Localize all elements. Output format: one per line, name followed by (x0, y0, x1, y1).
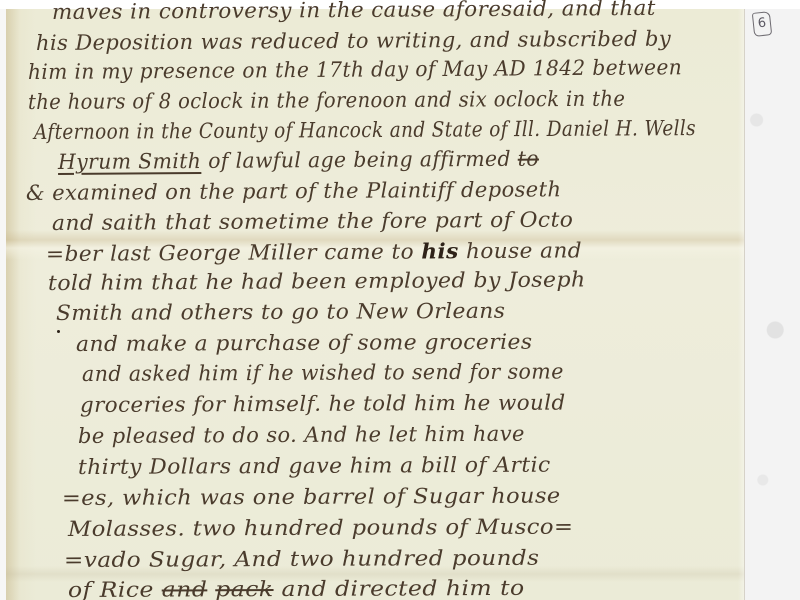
text-line: =vado Sugar, And two hundred pounds (64, 548, 540, 571)
text-line: =ber last George Miller came to his hous… (46, 239, 582, 265)
text-line: and asked him if he wished to send for s… (82, 361, 564, 385)
scan-background (738, 0, 800, 600)
text-line: and make a purchase of some groceries (76, 332, 533, 355)
text-line: =es, which was one barrel of Sugar house (62, 486, 561, 509)
text-line: of Rice and pack and directed him to (68, 578, 525, 600)
text-line: & examined on the part of the Plaintiff … (26, 179, 561, 204)
page-number-box: 6 (752, 11, 772, 37)
text-line: and saith that sometime the fore part of… (52, 210, 573, 234)
text-line: Afternoon in the County of Hancock and S… (34, 118, 696, 143)
struck-word: pack (215, 577, 273, 600)
struck-word: and (162, 577, 208, 600)
text-line: maves in controversy in the cause afores… (52, 0, 656, 23)
document-viewer: 6 maves in controversy in the cause afor… (0, 0, 800, 600)
ink-speck (57, 330, 60, 333)
text-line: the hours of 8 oclock in the forenoon an… (28, 89, 625, 113)
text-line: him in my presence on the 17th day of Ma… (28, 57, 682, 83)
struck-word: to (518, 147, 539, 171)
text-line: thirty Dollars and gave him a bill of Ar… (78, 455, 551, 478)
deponent-name: Hyrum Smith (58, 149, 201, 174)
text-line: be pleased to do so. And he let him have (78, 424, 525, 447)
text-line: told him that he had been employed by Jo… (48, 269, 586, 294)
inserted-word: his (421, 238, 459, 263)
text-line: Smith and others to go to New Orleans (56, 301, 505, 324)
text-line-deponent: Hyrum Smith of lawful age being affirmed… (58, 149, 539, 173)
text-line: Molasses. two hundred pounds of Musco= (68, 517, 574, 540)
text-line: groceries for himself. he told him he wo… (80, 393, 566, 416)
text-line: his Deposition was reduced to writing, a… (36, 29, 671, 54)
